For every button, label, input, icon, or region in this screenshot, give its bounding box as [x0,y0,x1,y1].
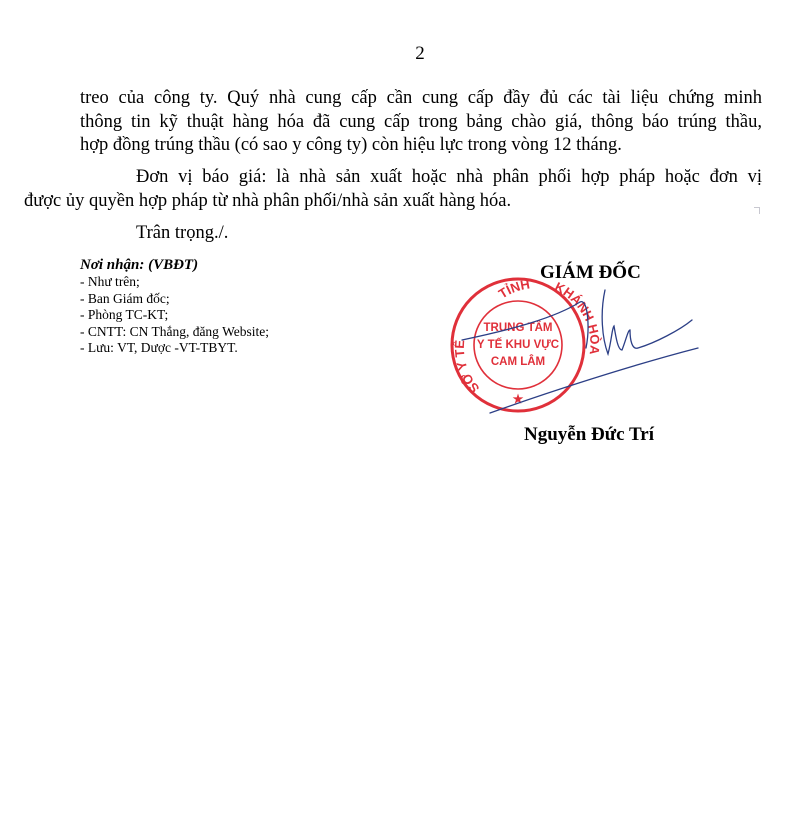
body-paragraph-2: Đơn vị báo giá: là nhà sản xuất hoặc nhà… [80,166,762,213]
text-line: thông tin kỹ thuật hàng hóa đã cung cấp … [80,111,762,135]
closing-text: Trân trọng./. [136,222,436,246]
body-paragraph-1: treo của công ty. Quý nhà cung cấp cần c… [80,87,762,158]
stamp-inner-line: Y TẾ KHU VỰC [477,338,559,351]
stamp-inner-line: CAM LÂM [491,355,545,368]
recipient-item: - CNTT: CN Thắng, đăng Website; [80,324,269,341]
recipient-item: - Phòng TC-KT; [80,307,269,324]
page-number: 2 [0,43,804,65]
margin-mark [754,207,760,214]
text-line: Đơn vị báo giá: là nhà sản xuất hoặc nhà… [80,166,762,190]
stamp-inner-line: TRUNG TÂM [484,321,553,334]
signer-name: Nguyễn Đức Trí [524,424,654,446]
recipients-block: Nơi nhận: (VBĐT) - Như trên; - Ban Giám … [80,256,269,357]
recipient-item: - Lưu: VT, Dược -VT-TBYT. [80,340,269,357]
text-line: được ủy quyền hợp pháp từ nhà phân phối/… [24,190,762,214]
official-stamp-and-signature: SỞ Y TẾ TỈNH KHÁNH HÒA TRUNG TÂM Y TẾ KH… [440,268,710,428]
recipients-title: Nơi nhận: (VBĐT) [80,256,269,274]
recipient-item: - Như trên; [80,274,269,291]
recipient-item: - Ban Giám đốc; [80,291,269,308]
text-line: hợp đồng trúng thầu (có sao y công ty) c… [80,134,762,158]
text-line: treo của công ty. Quý nhà cung cấp cần c… [80,87,762,111]
